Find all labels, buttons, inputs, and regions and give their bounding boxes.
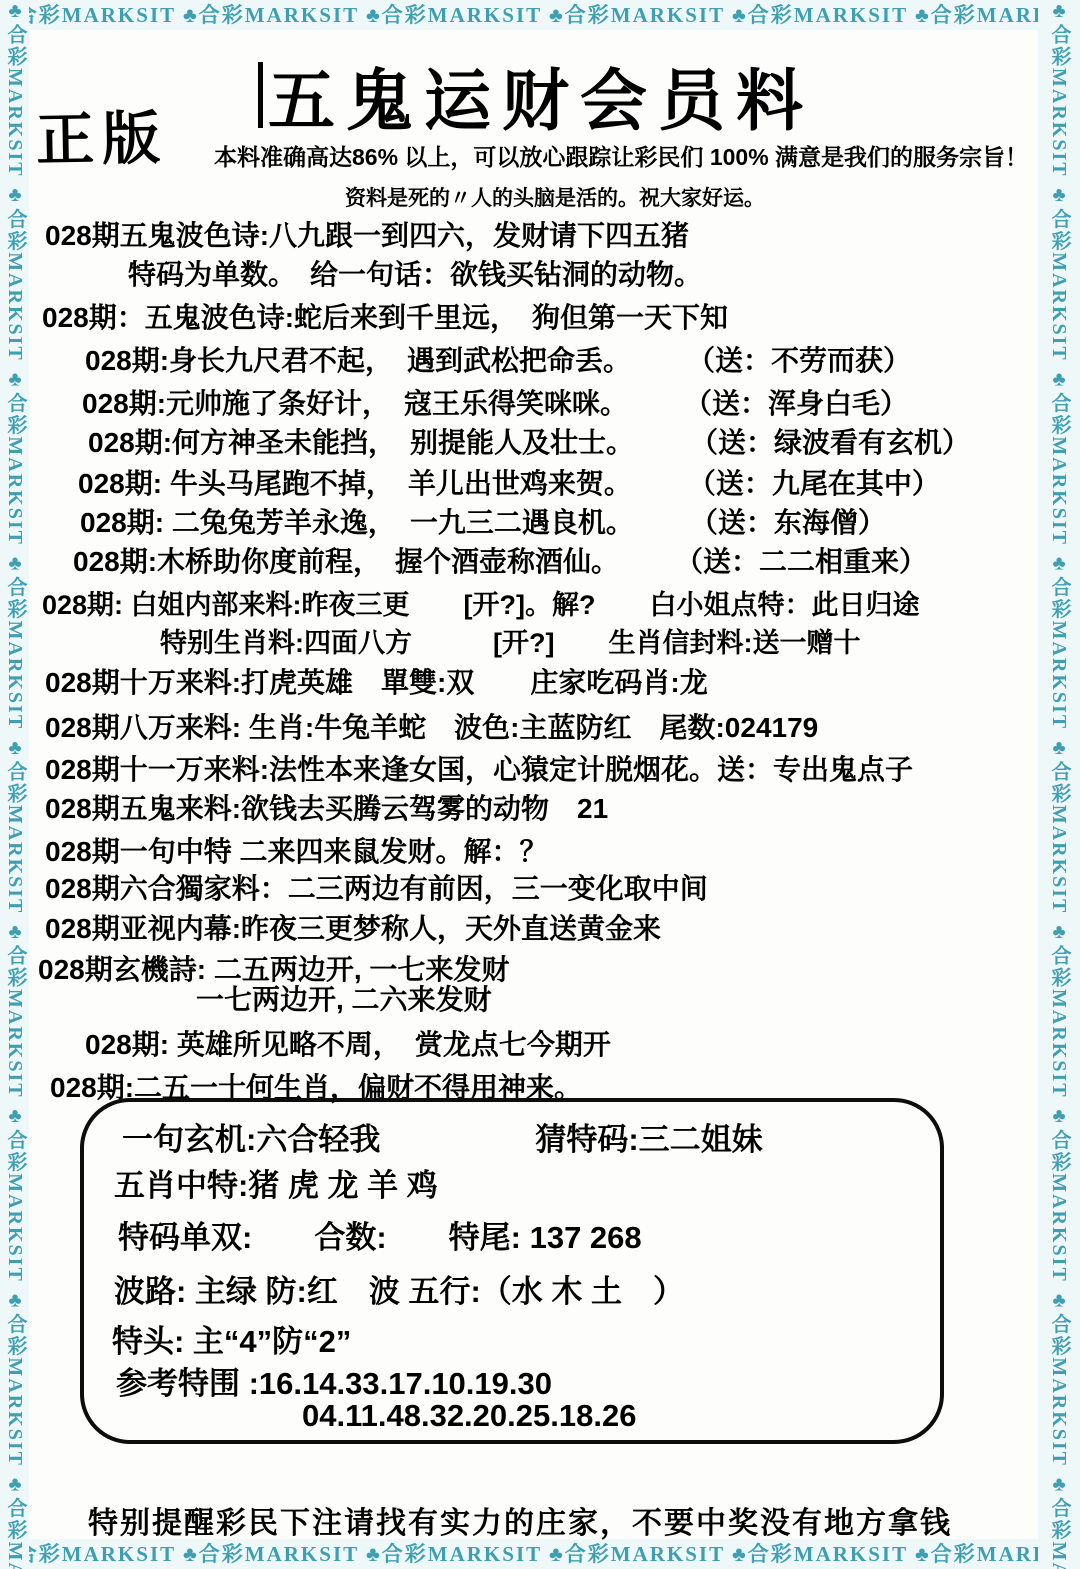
tip-line: 028期十一万来料:法性本来逢女国，心猿定计脱烟花。送：专出鬼点子	[45, 748, 913, 788]
tip-line: 028期:身长九尺君不起， 遇到武松把命丢。 （送：不劳而获）	[85, 339, 911, 379]
tip-line: 028期五鬼波色诗:八九跟一到四六，发财请下四五猪	[45, 214, 689, 254]
tip-line: 028期六合獨家料：二三两边有前因，三一变化取中间	[45, 867, 708, 907]
tip-line: 028期: 牛头马尾跑不掉， 羊儿出世鸡来贺。 （送：九尾在其中）	[78, 462, 940, 502]
box-ref-numbers-2: 04.11.48.32.20.25.18.26	[302, 1398, 636, 1434]
luck-tagline: 资料是死的〃人的头脑是活的。祝大家好运。	[345, 182, 765, 212]
footer-reminder: 特别提醒彩民下注请找有实力的庄家，不要中奖没有地方拿钱	[88, 1498, 952, 1542]
tip-line: 028期: 二兔兔芳羊永逸， 一九三二遇良机。 （送：东海僧）	[80, 501, 886, 541]
tip-line: 028期亚视内幕:昨夜三更梦称人，天外直送黄金来	[45, 907, 661, 947]
tip-line: 028期:元帅施了条好计， 寇王乐得笑咪咪。 （送：浑身白毛）	[82, 382, 908, 422]
page-title: 五鬼运财会员料	[268, 48, 814, 144]
tip-line: 028期: 白姐内部来料:昨夜三更 [开?]。解? 白小姐点特：此日归途	[42, 583, 920, 622]
box-special-head: 特头: 主“4”防“2”	[112, 1316, 351, 1361]
tip-line: 028期五鬼来料:欲钱去买腾云驾雾的动物 21	[45, 787, 608, 827]
edition-badge: 正版	[35, 91, 168, 177]
prediction-box: 一句玄机:六合轻我 猜特码:三二姐妹 五肖中特:猪 虎 龙 羊 鸡 特码单双: …	[80, 1098, 944, 1444]
border-watermark-left: ♣合彩MARKSIT ♣合彩MARKSIT ♣合彩MARKSIT ♣合彩MARK…	[0, 0, 29, 1569]
tip-line: 028期十万来料:打虎英雄 單雙:双 庄家吃码肖:龙	[45, 661, 708, 701]
accuracy-tagline: 本料准确高达86% 以上，可以放心跟踪让彩民们 100% 满意是我们的服务宗旨！	[214, 139, 1028, 172]
tip-line: 特别生肖料:四面八方 [开?] 生肖信封料:送一赠十	[160, 621, 860, 660]
border-watermark-top: ♣合彩MARKSIT ♣合彩MARKSIT ♣合彩MARKSIT ♣合彩MARK…	[0, 0, 1080, 30]
tip-line: 028期一句中特 二来四来鼠发财。解：？	[45, 830, 548, 870]
tip-line: 028期:何方神圣未能挡， 别提能人及壮士。 （送：绿波看有玄机）	[88, 421, 970, 461]
tip-line: 028期：五鬼波色诗:蛇后来到千里远， 狗但第一天下知	[42, 296, 728, 336]
tip-line: 028期八万来料: 生肖:牛兔羊蛇 波色:主蓝防红 尾数:024179	[45, 706, 818, 746]
box-five-zodiac: 五肖中特:猪 虎 龙 羊 鸡	[114, 1160, 438, 1205]
title-leading-bar	[258, 62, 263, 128]
border-watermark-bottom: ♣合彩MARKSIT ♣合彩MARKSIT ♣合彩MARKSIT ♣合彩MARK…	[0, 1539, 1080, 1569]
tip-line: 特码为单数。 给一句话：欲钱买钻洞的动物。	[128, 253, 702, 293]
box-ref-numbers-1: 参考特围 :16.14.33.17.10.19.30	[116, 1358, 552, 1403]
tip-line: 028期: 英雄所见略不周， 赏龙点七今期开	[85, 1023, 611, 1063]
tip-line: 028期:木桥助你度前程， 握个酒壶称酒仙。 （送：二二相重来）	[73, 540, 927, 580]
lottery-tip-sheet: ♣合彩MARKSIT ♣合彩MARKSIT ♣合彩MARKSIT ♣合彩MARK…	[0, 0, 1080, 1569]
border-watermark-right: ♣合彩MARKSIT ♣合彩MARKSIT ♣合彩MARKSIT ♣合彩MARK…	[1038, 0, 1080, 1569]
box-mystery-line: 一句玄机:六合轻我 猜特码:三二姐妹	[122, 1114, 763, 1159]
box-odd-even-tail: 特码单双: 合数: 特尾: 137 268	[118, 1212, 642, 1257]
box-wave-elements: 波路: 主绿 防:红 波 五行:（水 木 土 ）	[114, 1266, 684, 1311]
tip-line: 一七两边开, 二六来发财	[196, 978, 492, 1018]
